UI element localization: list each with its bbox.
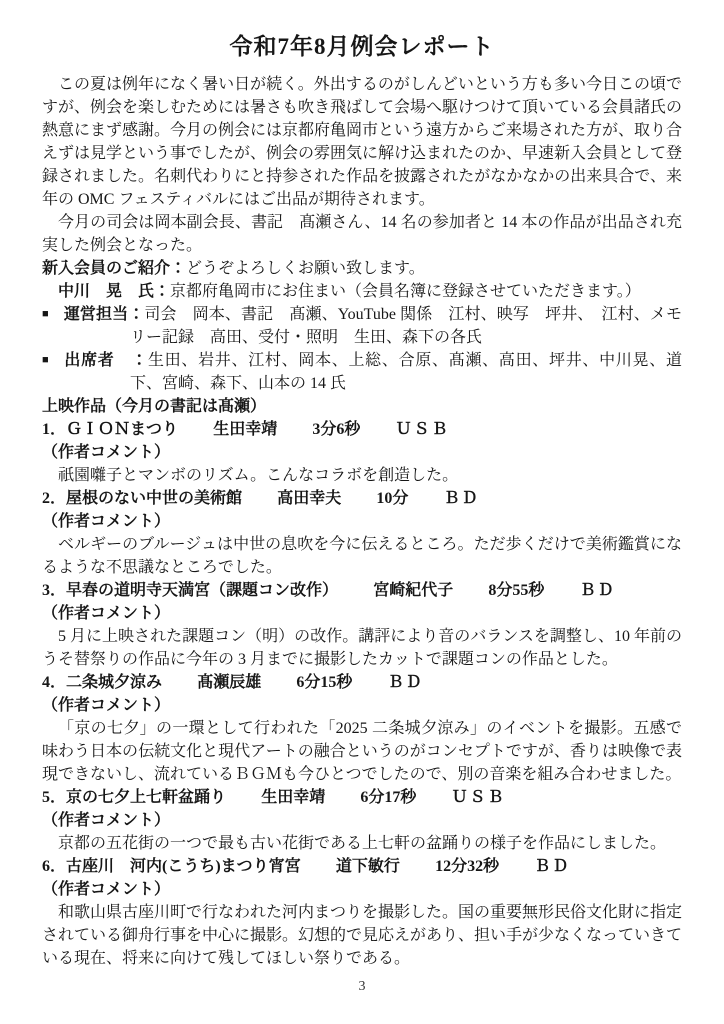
entry-comment: 祇園囃子とマンボのリズム。こんなコラボを創造した。 bbox=[42, 464, 682, 487]
attendees-text: 生田、岩井、江村、岡本、上総、合原、髙瀬、高田、坪井、中川晃、道下、宮崎、森下、… bbox=[130, 352, 682, 392]
entry-comment: ベルギーのブルージュは中世の息吹を今に伝えるところ。ただ歩くだけで美術鑑賞になる… bbox=[42, 533, 682, 579]
staff-assignment-text: 司会 岡本、書記 髙瀬、YouTube 関係 江村、映写 坪井、 江村、メモリー… bbox=[130, 306, 682, 346]
screening-entry-3: 3．早春の道明寺天満宮（課題コン改作）宮崎紀代子8分55秒ＢＤ （作者コメント）… bbox=[42, 579, 682, 671]
author-comment-label: （作者コメント） bbox=[42, 602, 682, 625]
entry-media: ＢＤ bbox=[580, 582, 616, 599]
entry-author: 高田幸夫 bbox=[277, 490, 341, 507]
entry-duration: 12分32秒 bbox=[435, 858, 499, 875]
screening-entry-2: 2．屋根のない中世の美術館高田幸夫10分ＢＤ （作者コメント） ベルギーのブルー… bbox=[42, 487, 682, 579]
bullet-square-icon: ■ bbox=[42, 349, 49, 372]
new-member-intro-line: 新入会員のご紹介：どうぞよろしくお願い致します。 bbox=[42, 257, 682, 280]
entry-number: 3． bbox=[42, 582, 66, 599]
screening-entry-5: 5．京の七夕上七軒盆踊り生田幸靖6分17秒ＵＳＢ （作者コメント） 京都の五花街… bbox=[42, 786, 682, 855]
new-member-intro-label: 新入会員のご紹介： bbox=[42, 260, 186, 277]
entry-author: 道下敏行 bbox=[336, 858, 400, 875]
entry-number: 2． bbox=[42, 490, 66, 507]
entry-title: 屋根のない中世の美術館 bbox=[66, 490, 242, 507]
intro-paragraph-2: 今月の司会は岡本副会長、書記 髙瀬さん、14 名の参加者と 14 本の作品が出品… bbox=[42, 211, 682, 257]
author-comment-label: （作者コメント） bbox=[42, 878, 682, 901]
entry-heading: 5．京の七夕上七軒盆踊り生田幸靖6分17秒ＵＳＢ bbox=[42, 786, 682, 809]
attendees-line: ■出席者 ：生田、岩井、江村、岡本、上総、合原、髙瀬、高田、坪井、中川晃、道下、… bbox=[42, 349, 682, 395]
entry-duration: 6分17秒 bbox=[360, 789, 416, 806]
entry-author: 生田幸靖 bbox=[261, 789, 325, 806]
new-member-detail-text: 京都府亀岡市にお住まい（会員名簿に登録させていただきます。） bbox=[170, 283, 641, 300]
entry-duration: 6分15秒 bbox=[296, 674, 352, 691]
screening-entry-4: 4．二条城夕涼み髙瀬辰雄6分15秒ＢＤ （作者コメント） 「京の七夕」の一環とし… bbox=[42, 671, 682, 786]
entry-media: ＢＤ bbox=[534, 858, 570, 875]
entry-heading: 2．屋根のない中世の美術館高田幸夫10分ＢＤ bbox=[42, 487, 682, 510]
entry-duration: 8分55秒 bbox=[488, 582, 544, 599]
attendees-label: 出席者 ： bbox=[64, 352, 148, 369]
entry-number: 5． bbox=[42, 789, 66, 806]
staff-assignment-line: ■運営担当：司会 岡本、書記 髙瀬、YouTube 関係 江村、映写 坪井、 江… bbox=[42, 303, 682, 349]
entry-author: 髙瀬辰雄 bbox=[197, 674, 261, 691]
entry-comment: 「京の七夕」の一環として行われた「2025 二条城夕涼み」のイベントを撮影。五感… bbox=[42, 717, 682, 786]
screening-entry-1: 1．ＧＩＯＮまつり生田幸靖3分6秒ＵＳＢ （作者コメント） 祇園囃子とマンボのリ… bbox=[42, 418, 682, 487]
entry-media: ＢＤ bbox=[444, 490, 480, 507]
author-comment-label: （作者コメント） bbox=[42, 809, 682, 832]
entry-comment: 京都の五花街の一つで最も古い花街である上七軒の盆踊りの様子を作品にしました。 bbox=[42, 832, 682, 855]
entry-media: ＵＳＢ bbox=[452, 789, 506, 806]
entry-heading: 6．古座川 河内(こうち)まつり宵宮道下敏行12分32秒ＢＤ bbox=[42, 855, 682, 878]
entry-title: 京の七夕上七軒盆踊り bbox=[66, 789, 226, 806]
screening-entry-6: 6．古座川 河内(こうち)まつり宵宮道下敏行12分32秒ＢＤ （作者コメント） … bbox=[42, 855, 682, 970]
bullet-square-icon: ■ bbox=[42, 303, 49, 326]
screening-section-header: 上映作品（今月の書記は髙瀬） bbox=[42, 395, 682, 418]
entry-heading: 1．ＧＩＯＮまつり生田幸靖3分6秒ＵＳＢ bbox=[42, 418, 682, 441]
new-member-intro-text: どうぞよろしくお願い致します。 bbox=[186, 260, 425, 277]
entry-duration: 3分6秒 bbox=[312, 421, 360, 438]
entry-heading: 4．二条城夕涼み髙瀬辰雄6分15秒ＢＤ bbox=[42, 671, 682, 694]
intro-paragraph-1: この夏は例年になく暑い日が続く。外出するのがしんどいという方も多い今日この頃です… bbox=[42, 73, 682, 211]
document-page: 令和7年8月例会レポート この夏は例年になく暑い日が続く。外出するのがしんどいと… bbox=[0, 0, 724, 1024]
new-member-name-label: 中川 晃 氏： bbox=[58, 283, 170, 300]
entry-media: ＵＳＢ bbox=[396, 421, 450, 438]
author-comment-label: （作者コメント） bbox=[42, 694, 682, 717]
entry-title: 早春の道明寺天満宮（課題コン改作） bbox=[66, 582, 338, 599]
new-member-detail-line: 中川 晃 氏：京都府亀岡市にお住まい（会員名簿に登録させていただきます。） bbox=[42, 280, 682, 303]
page-number: 3 bbox=[0, 975, 724, 998]
entry-media: ＢＤ bbox=[388, 674, 424, 691]
entry-number: 1． bbox=[42, 421, 66, 438]
entry-comment: 和歌山県古座川町で行なわれた河内まつりを撮影した。国の重要無形民俗文化財に指定さ… bbox=[42, 901, 682, 970]
entry-title: 二条城夕涼み bbox=[66, 674, 162, 691]
author-comment-label: （作者コメント） bbox=[42, 441, 682, 464]
entry-comment: 5 月に上映された課題コン（明）の改作。講評により音のバランスを調整し、10 年… bbox=[42, 625, 682, 671]
author-comment-label: （作者コメント） bbox=[42, 510, 682, 533]
entry-duration: 10分 bbox=[376, 490, 408, 507]
entry-author: 生田幸靖 bbox=[213, 421, 277, 438]
entry-number: 4． bbox=[42, 674, 66, 691]
entry-author: 宮崎紀代子 bbox=[373, 582, 453, 599]
entry-title: 古座川 河内(こうち)まつり宵宮 bbox=[66, 858, 301, 875]
entry-title: ＧＩＯＮまつり bbox=[66, 421, 178, 438]
entry-number: 6． bbox=[42, 858, 66, 875]
entry-heading: 3．早春の道明寺天満宮（課題コン改作）宮崎紀代子8分55秒ＢＤ bbox=[42, 579, 682, 602]
staff-assignment-label: 運営担当： bbox=[64, 306, 145, 323]
page-title: 令和7年8月例会レポート bbox=[42, 30, 682, 64]
